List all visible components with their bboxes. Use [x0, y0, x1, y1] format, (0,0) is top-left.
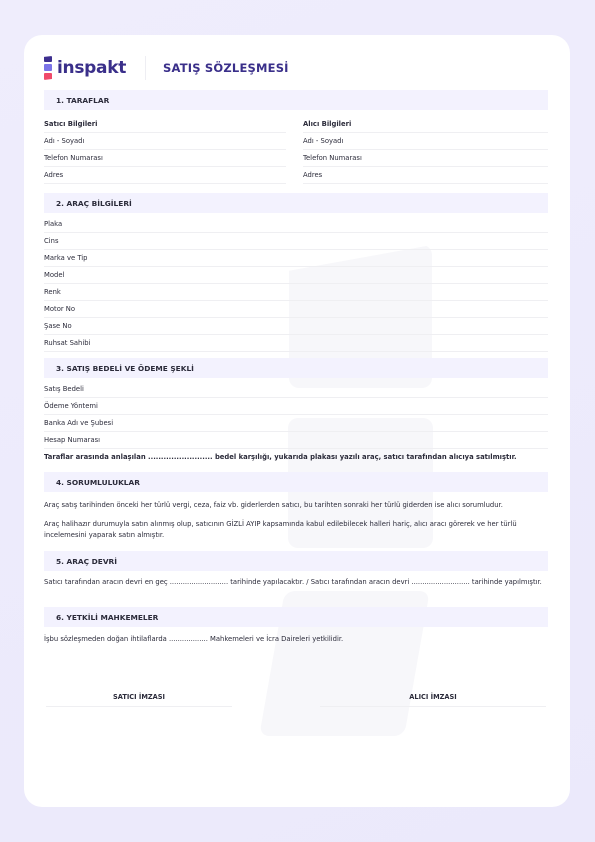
section-payment-title: 3. SATIŞ BEDELİ VE ÖDEME ŞEKLİ [44, 358, 548, 378]
section-transfer-title: 5. ARAÇ DEVRİ [44, 551, 548, 571]
document-header: inspakt SATIŞ SÖZLEŞMESİ [44, 55, 289, 81]
account-number-field[interactable]: Hesap Numarası [44, 432, 548, 449]
responsibility-paragraph-2: Araç halihazır durumuyla satın alınmış o… [44, 519, 552, 541]
vehicle-brand-field[interactable]: Marka ve Tip [44, 250, 548, 267]
section-parties-title: 1. TARAFLAR [44, 90, 548, 110]
vehicle-engine-no-field[interactable]: Motor No [44, 301, 548, 318]
page-title: SATIŞ SÖZLEŞMESİ [163, 61, 289, 75]
header-divider [145, 56, 146, 80]
seller-phone-field[interactable]: Telefon Numarası [44, 150, 286, 167]
contract-page: inspakt SATIŞ SÖZLEŞMESİ 1. TARAFLAR Sat… [24, 35, 570, 807]
vehicle-chassis-no-field[interactable]: Şase No [44, 318, 548, 335]
buyer-info-heading: Alıcı Bilgileri [303, 116, 548, 133]
inspakt-logo-icon [44, 56, 52, 80]
section-responsibilities-title: 4. SORUMLULUKLAR [44, 472, 548, 492]
bank-branch-field[interactable]: Banka Adı ve Şubesi [44, 415, 548, 432]
vehicle-color-field[interactable]: Renk [44, 284, 548, 301]
courts-paragraph: İşbu sözleşmeden doğan ihtilaflarda ....… [44, 634, 552, 645]
buyer-name-field[interactable]: Adı - Soyadı [303, 133, 548, 150]
seller-info-heading: Satıcı Bilgileri [44, 116, 286, 133]
vehicle-type-field[interactable]: Cins [44, 233, 548, 250]
section-vehicle-title: 2. ARAÇ BİLGİLERİ [44, 193, 548, 213]
vehicle-model-field[interactable]: Model [44, 267, 548, 284]
buyer-signature[interactable]: ALICI İMZASI [320, 687, 546, 707]
transfer-paragraph: Satıcı tarafından aracın devri en geç ..… [44, 577, 552, 588]
responsibility-paragraph-1: Araç satış tarihinden önceki her türlü v… [44, 500, 552, 511]
seller-address-field[interactable]: Adres [44, 167, 286, 184]
vehicle-owner-field[interactable]: Ruhsat Sahibi [44, 335, 548, 352]
buyer-phone-field[interactable]: Telefon Numarası [303, 150, 548, 167]
seller-name-field[interactable]: Adı - Soyadı [44, 133, 286, 150]
brand-name: inspakt [57, 58, 126, 78]
sale-price-field[interactable]: Satış Bedeli [44, 381, 548, 398]
payment-method-field[interactable]: Ödeme Yöntemi [44, 398, 548, 415]
vehicle-plate-field[interactable]: Plaka [44, 216, 548, 233]
seller-signature[interactable]: SATICI İMZASI [46, 687, 232, 707]
section-courts-title: 6. YETKİLİ MAHKEMELER [44, 607, 548, 627]
sale-statement: Taraflar arasında anlaşılan ............… [44, 452, 552, 463]
buyer-address-field[interactable]: Adres [303, 167, 548, 184]
